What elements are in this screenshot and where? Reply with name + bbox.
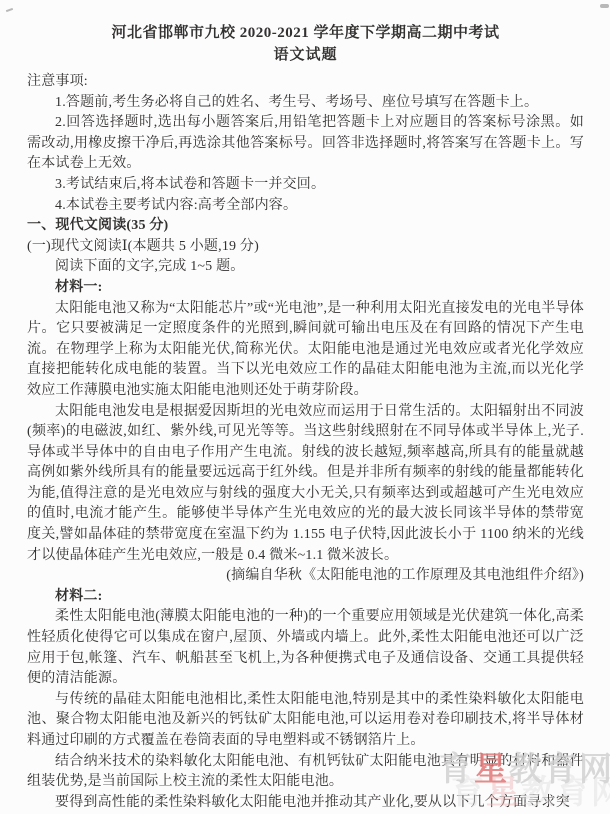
notice-item-1: 1.答题前,考生务必将自己的姓名、考生号、考场号、座位号填写在答题卡上。 [27, 93, 584, 114]
material2-paragraph-1: 柔性太阳能电池(薄膜太阳能电池的一种)的一个重要应用领域是光伏建筑一体化,高柔性… [27, 607, 584, 689]
section-subheading: (一)现代文阅读Ⅰ(本题共 5 小题,19 分) [27, 237, 584, 258]
page-title: 河北省邯郸市九校 2020-2021 学年度下学期高二期中考试 [27, 22, 584, 44]
page-subtitle: 语文试题 [27, 44, 584, 66]
notice-item-4: 4.本试卷主要考试内容:高考全部内容。 [27, 196, 584, 217]
material2-paragraph-3: 结合纳米技术的染料敏化太阳能电池、有机钙钛矿太阳能电池具有明显的材料和器件组装优… [27, 752, 584, 793]
material1-paragraph-1: 太阳能电池又称为“太阳能芯片”或“光电池”,是一种利用太阳光直接发电的光电半导体… [27, 299, 584, 402]
reading-instruction: 阅读下面的文字,完成 1~5 题。 [27, 257, 584, 278]
notice-item-2: 2.回答选择题时,选出每小题答案后,用铅笔把答题卡上对应题目的答案标号涂黑。如需… [27, 113, 584, 175]
section-heading: 一、现代文阅读(35 分) [27, 216, 584, 237]
exam-document-page: 河北省邯郸市九校 2020-2021 学年度下学期高二期中考试 语文试题 注意事… [0, 0, 610, 814]
material2-heading: 材料二: [27, 587, 584, 608]
material2-paragraph-4: 要得到高性能的柔性染料敏化太阳能电池并推动其产业化,要从以下几个方面寻求突 [27, 793, 584, 814]
material1-heading: 材料一: [27, 278, 584, 299]
material1-paragraph-2: 太阳能电池发电是根据爱因斯坦的光电效应而运用于日常生活的。太阳辐射出不同波(频率… [27, 402, 584, 567]
material1-source: (摘编自华秋《太阳能电池的工作原理及其电池组件介绍》) [27, 566, 584, 587]
notice-item-3: 3.考试结束后,将本试卷和答题卡一并交回。 [27, 175, 584, 196]
scan-artifact-top-right [600, 4, 609, 8]
notice-heading: 注意事项: [27, 72, 584, 93]
scan-artifact-top-left [6, 8, 13, 12]
material2-paragraph-2: 与传统的晶硅太阳能电池相比,柔性太阳能电池,特别是其中的柔性染料敏化太阳能电池、… [27, 690, 584, 752]
